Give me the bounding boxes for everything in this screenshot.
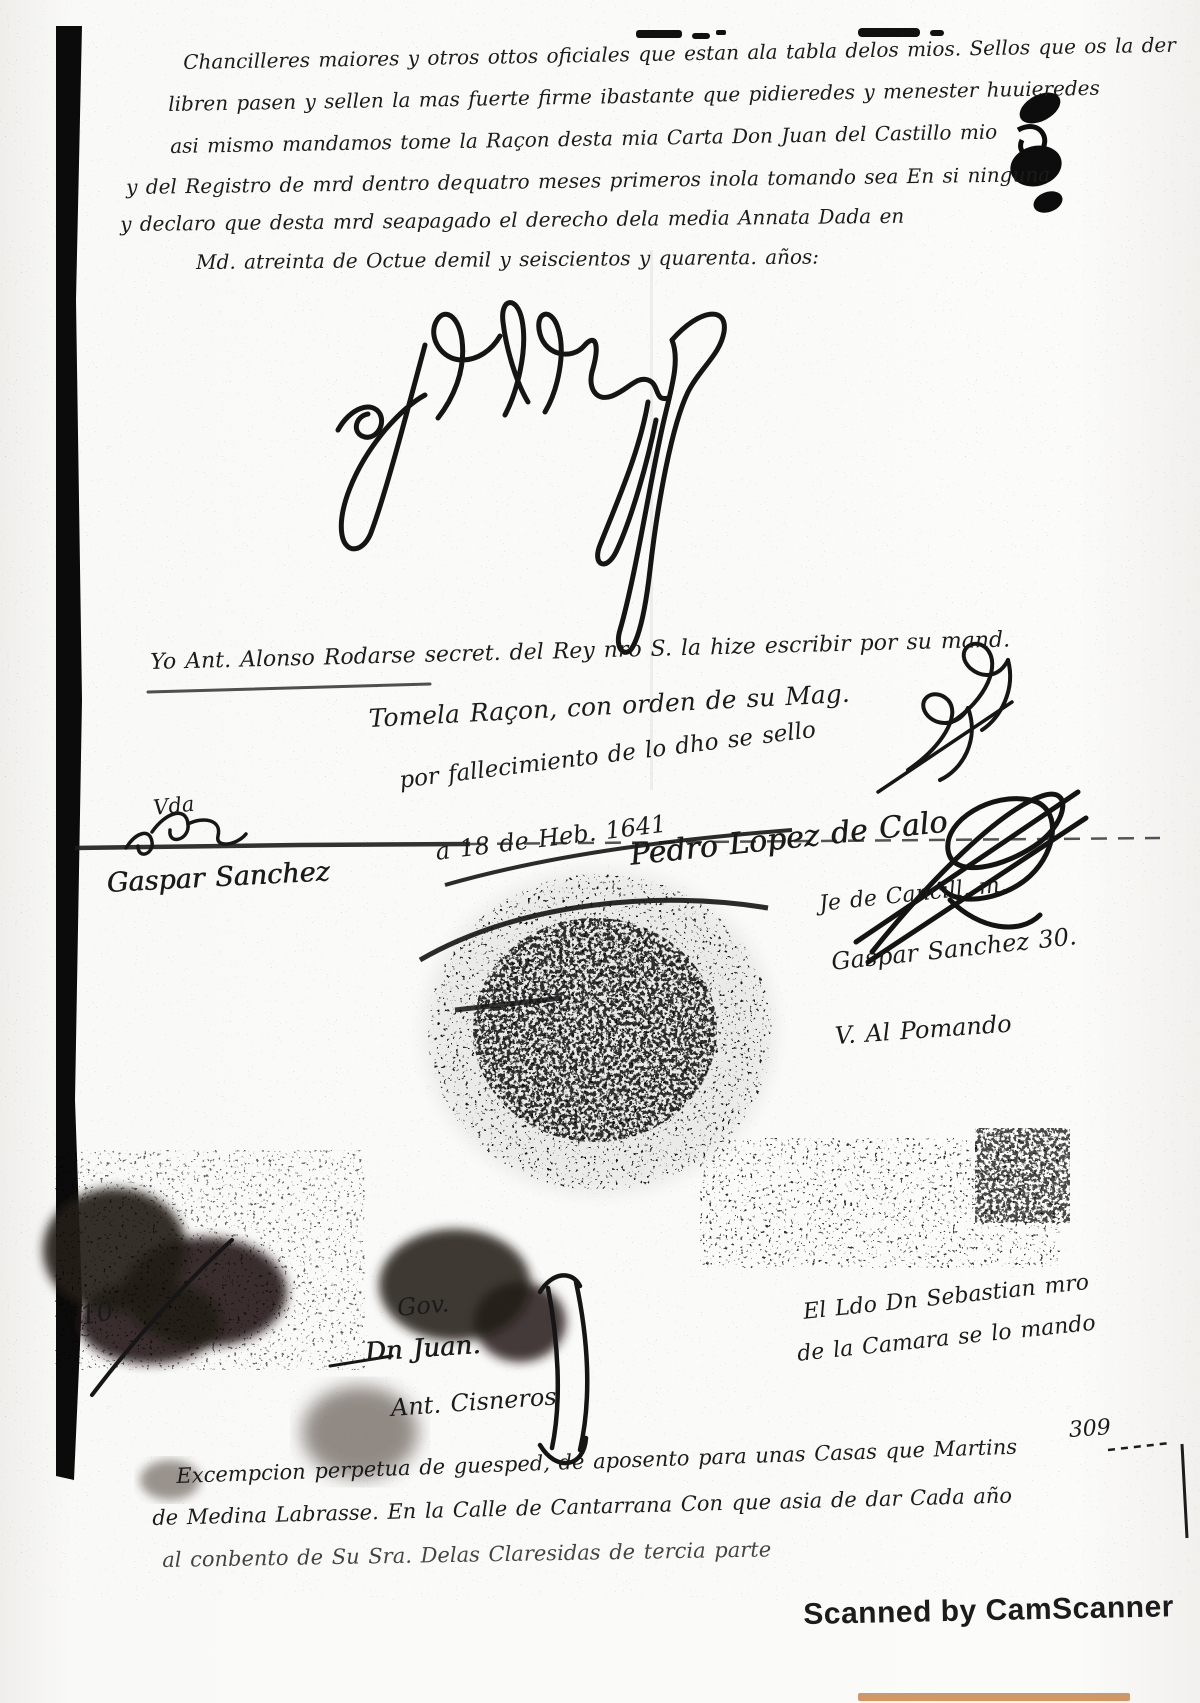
scan-edge-bar: [56, 26, 82, 1480]
bottom-paragraph-line: al conbento de Su Sra. Delas Claresidas …: [162, 1537, 771, 1572]
fallecimiento-line: por fallecimiento de lo dho se sello: [398, 717, 817, 794]
top-paragraph-line: asi mismo mandamos tome la Raçon desta m…: [170, 120, 997, 158]
signature-chanciller: Je de Cancill. m.: [818, 872, 1008, 917]
dirt-patch-right: [700, 1128, 1070, 1268]
vda-paraph-strokes: [126, 813, 246, 854]
bottom-paragraph-line: Excempcion perpetua de guesped, de apose…: [176, 1435, 1017, 1488]
signature-vda-paraph: Vda: [152, 792, 195, 820]
folio-number: 309: [1068, 1415, 1112, 1443]
bottom-page-edge-strip: [858, 1693, 1130, 1701]
margin-number: 10: [78, 1296, 116, 1331]
signature-gov: Gov.: [396, 1289, 450, 1321]
signature-gaspar-left: Gaspar Sanchez: [106, 856, 330, 899]
camscanner-watermark: Scanned by CamScanner: [803, 1590, 1174, 1632]
bottom-paragraph-line: de Medina Labrasse. En la Calle de Canta…: [152, 1483, 1012, 1530]
top-paragraph-line: y declaro que desta mrd seapagado el der…: [120, 204, 904, 236]
signature-gaspar-right: Gaspar Sanchez 30.: [830, 922, 1078, 976]
bottom-rubric-strokes: [330, 1275, 587, 1463]
top-paragraph-line: libren pasen y sellen la mas fuerte firm…: [168, 76, 1100, 116]
top-paragraph-line: Md. atreinta de Octue demil y seisciento…: [196, 245, 819, 274]
top-paragraph-line: Chancilleres maiores y otros ottos ofici…: [183, 33, 1176, 74]
top-right-ink-blob: [1006, 86, 1067, 216]
wax-seal-stamp: [420, 830, 792, 1194]
tomela-flourish: [878, 694, 1012, 792]
signature-ant-cisneros: Ant. Cisneros: [390, 1382, 558, 1422]
top-paragraph-line: y del Registro de mrd dentro dequatro me…: [126, 162, 1050, 199]
royal-signature: Yo El Rey: [330, 280, 730, 640]
signature-pedro-lopez: Pedro Lopez de Calo: [628, 805, 949, 873]
ink-stain-bottom-left: [43, 1150, 566, 1500]
signature-val-pomando: V. Al Pomando: [834, 1010, 1013, 1050]
scanned-manuscript-page: Chancilleres maiores y otros ottos ofici…: [0, 0, 1200, 1703]
folio-underline-dashes: [1108, 1443, 1187, 1538]
signature-don-juan: Dn Juan.: [364, 1330, 481, 1368]
